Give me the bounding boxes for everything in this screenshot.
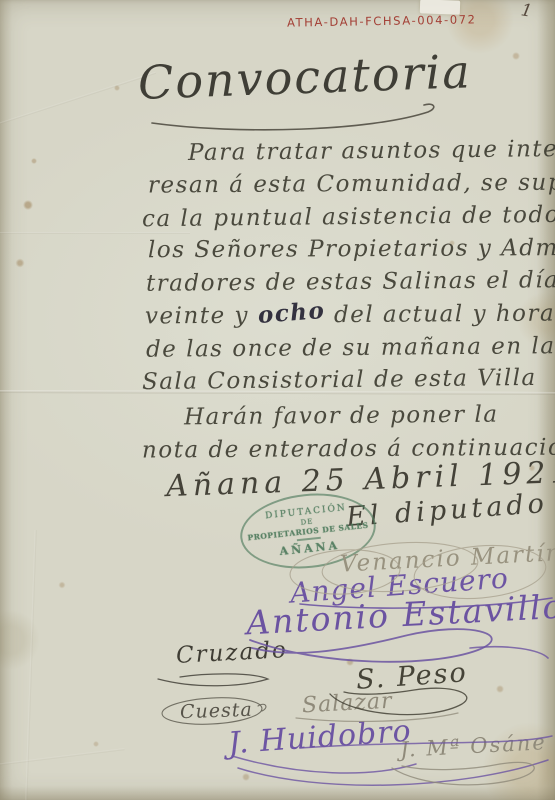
stamp-line-4: AÑANA (279, 539, 341, 558)
body-line: Sala Consistorial de esta Villa (142, 365, 537, 395)
body-line: de las once de su mañana en la (146, 333, 555, 363)
body-line: resan á esta Comunidad, se supli- (148, 169, 555, 198)
signature-j-huidobro: J. Huidobro (227, 714, 413, 762)
body-line: tradores de estas Salinas el día (146, 267, 555, 297)
body-line-post: del actual y hora (325, 301, 555, 329)
document-title: Convocatoria (137, 44, 472, 110)
body-line: Harán favor de poner la (184, 402, 499, 431)
fold-crease (0, 72, 156, 126)
flourish-overlay (0, 0, 555, 800)
body-line: ca la puntual asistencia de todos (142, 202, 555, 233)
signature-cuesta: Cuesta (180, 699, 253, 724)
body-line: Para tratar asuntos que inte- (188, 136, 555, 166)
signature-cruzado: Cruzado (175, 637, 288, 669)
page-number: 1 (519, 0, 533, 22)
signature-salazar: Salazar (301, 689, 393, 719)
archive-code: ATHA-DAH-FCHSA-004-072 (287, 12, 477, 29)
osane-flourish (392, 762, 534, 784)
fold-crease (0, 232, 190, 234)
antonio-flourish-tail (470, 647, 548, 658)
overwritten-word: ocho (257, 297, 326, 329)
document-page: ATHA-DAH-FCHSA-004-072 1 Convocatoria Pa… (0, 0, 555, 800)
signature-j-ma-osane: J. Mª Osáne (399, 730, 547, 762)
body-line: los Señores Propietarios y Adminis- (148, 235, 555, 263)
fold-crease (0, 748, 125, 766)
fold-crease (25, 530, 36, 800)
body-line-pre: veinte y (145, 303, 258, 330)
stamp-line-2: DE (300, 517, 314, 526)
title-underline-flourish (152, 104, 434, 130)
cuesta-hook (258, 704, 266, 711)
cruzado-flourish (158, 674, 268, 686)
body-line: veinte y ocho del actual y hora (145, 300, 555, 330)
